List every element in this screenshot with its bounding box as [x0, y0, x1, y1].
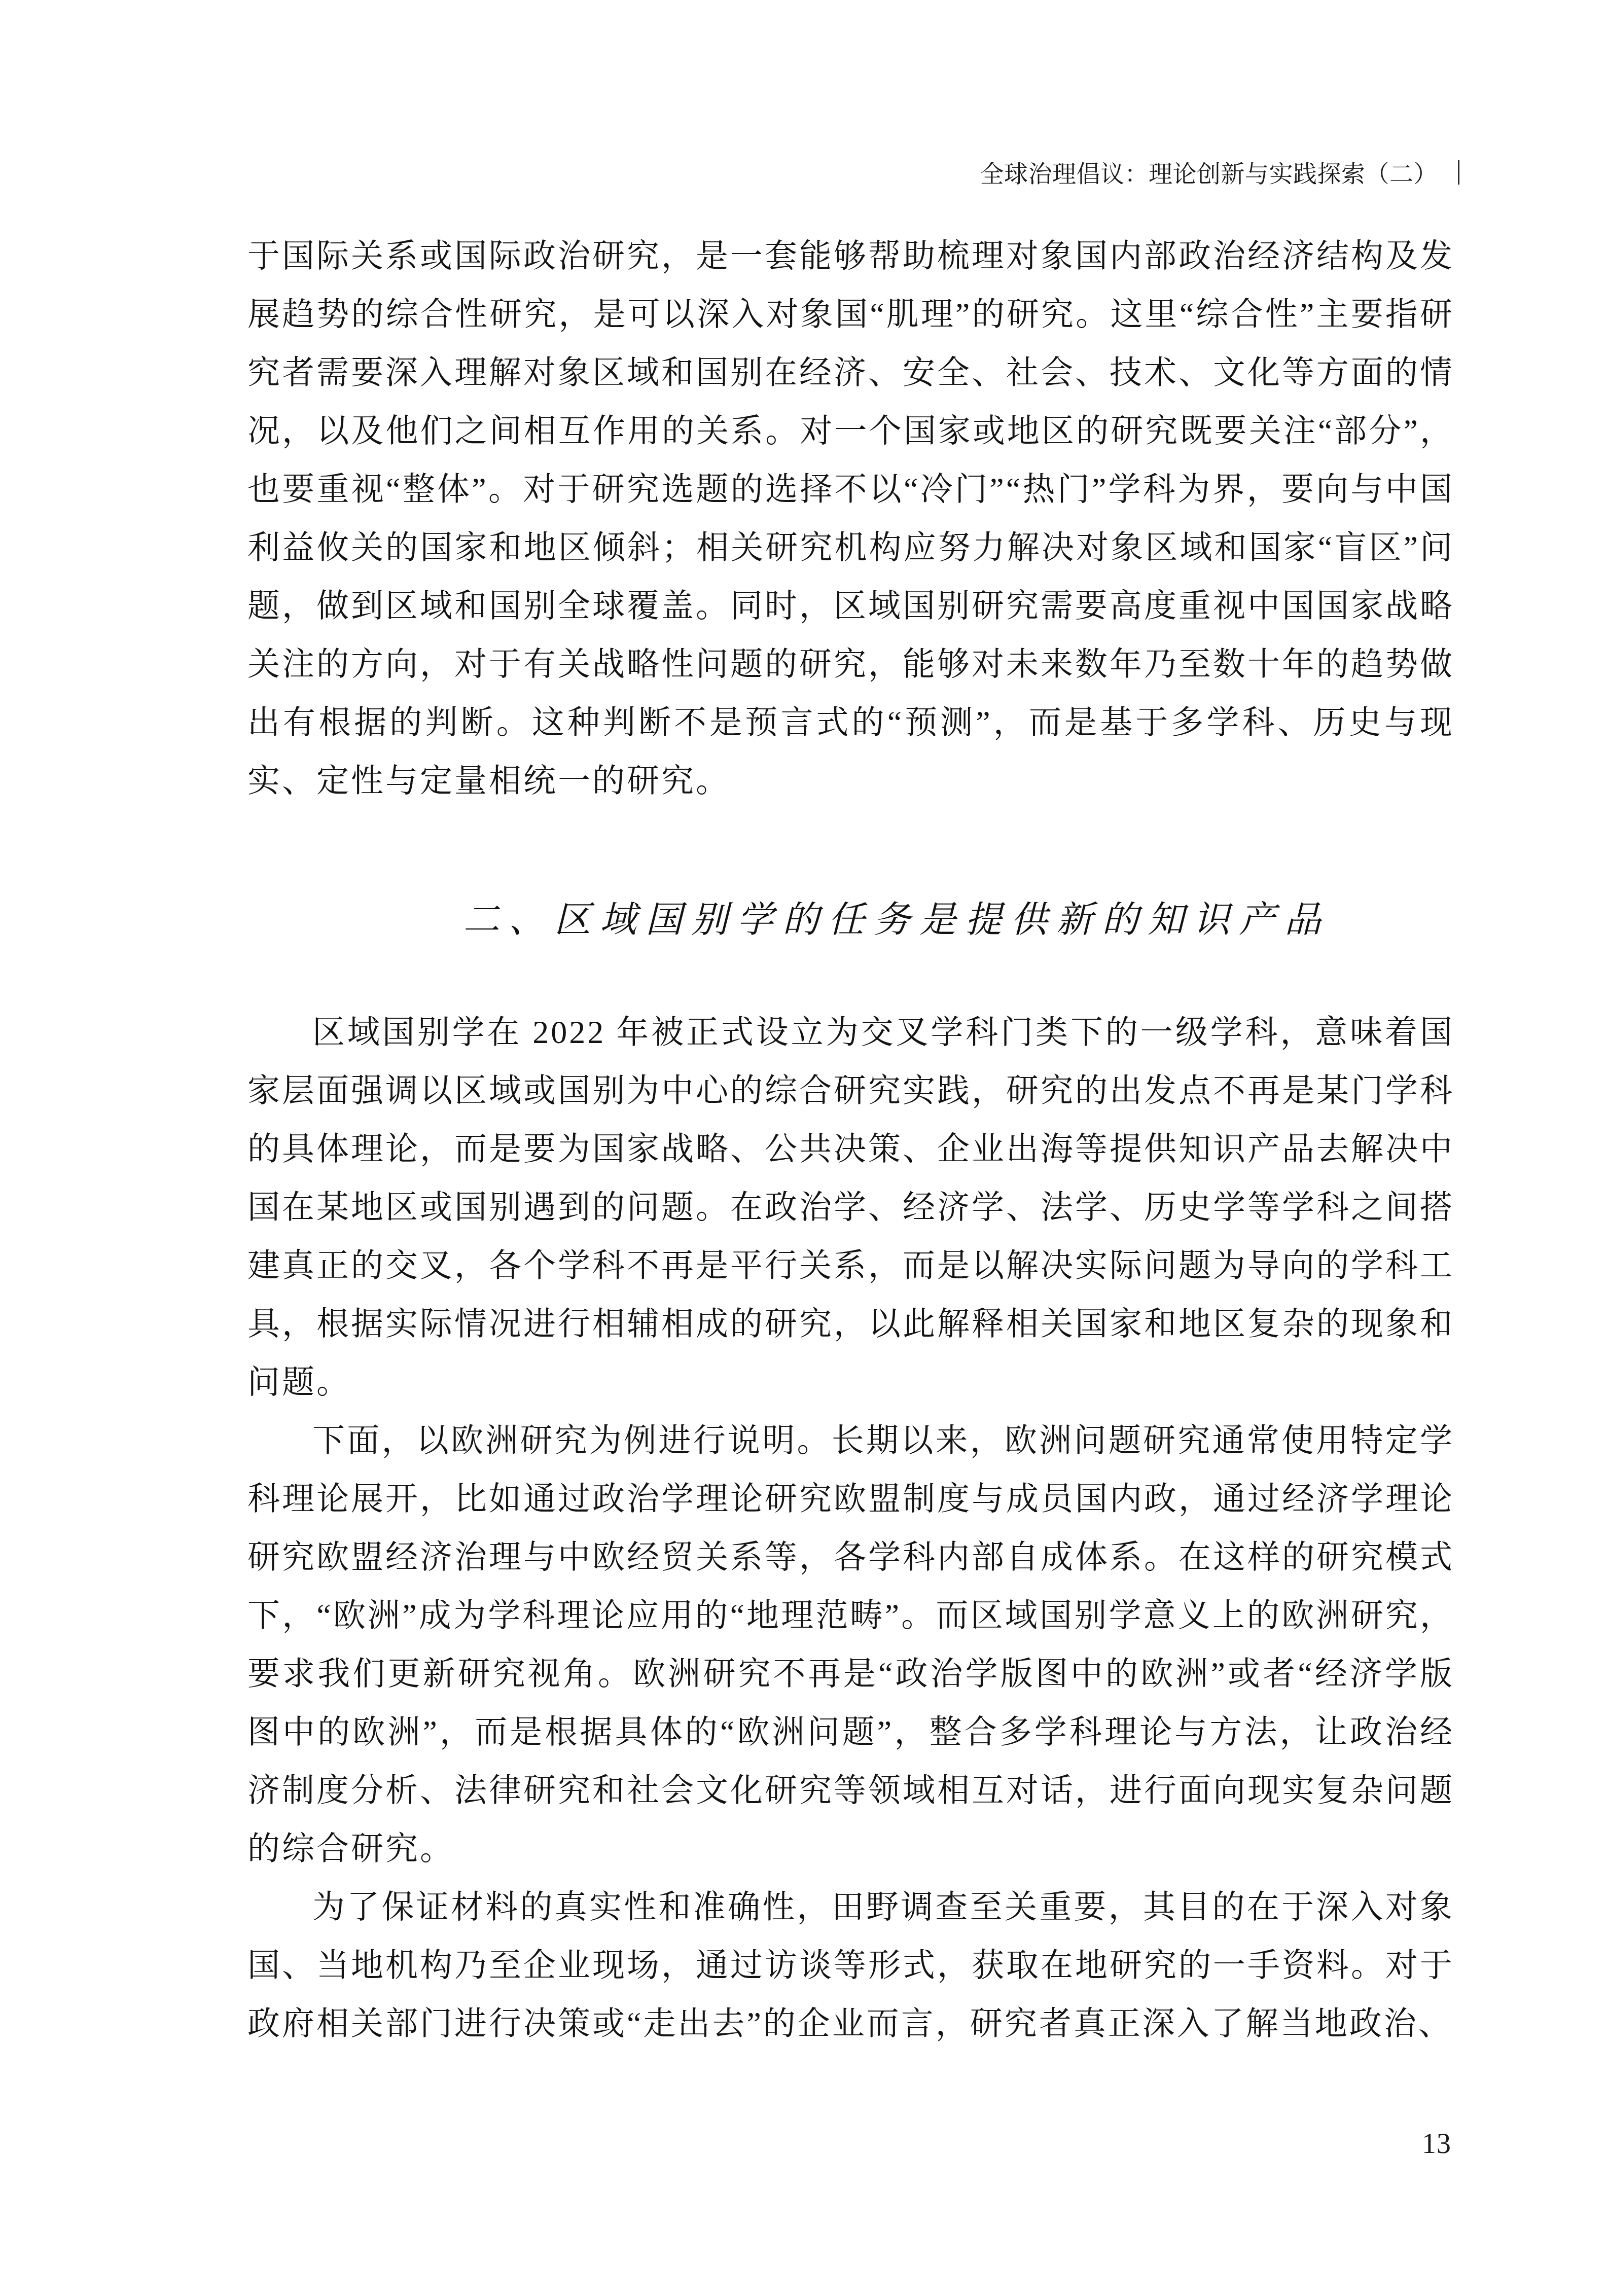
- running-title: 全球治理倡议：理论创新与实践探索（二）: [980, 155, 1438, 189]
- header-rule: [1458, 160, 1459, 185]
- page-header: 全球治理倡议：理论创新与实践探索（二）: [980, 155, 1460, 189]
- body-paragraph: 为了保证材料的真实性和准确性，田野调查至关重要，其目的在于深入对象国、当地机构乃…: [247, 1878, 1454, 2053]
- body-paragraph: 区域国别学在 2022 年被正式设立为交叉学科门类下的一级学科，意味着国家层面强…: [247, 1003, 1454, 1411]
- body-paragraph-continued: 于国际关系或国际政治研究，是一套能够帮助梳理对象国内部政治经济结构及发展趋势的综…: [247, 227, 1454, 810]
- page-body: 于国际关系或国际政治研究，是一套能够帮助梳理对象国内部政治经济结构及发展趋势的综…: [247, 227, 1454, 2053]
- page-number: 13: [1422, 2129, 1451, 2159]
- book-page: 全球治理倡议：理论创新与实践探索（二） 于国际关系或国际政治研究，是一套能够帮助…: [0, 0, 1607, 2296]
- body-paragraph: 下面，以欧洲研究为例进行说明。长期以来，欧洲问题研究通常使用特定学科理论展开，比…: [247, 1411, 1454, 1878]
- section-heading: 二、区域国别学的任务是提供新的知识产品: [293, 891, 1500, 949]
